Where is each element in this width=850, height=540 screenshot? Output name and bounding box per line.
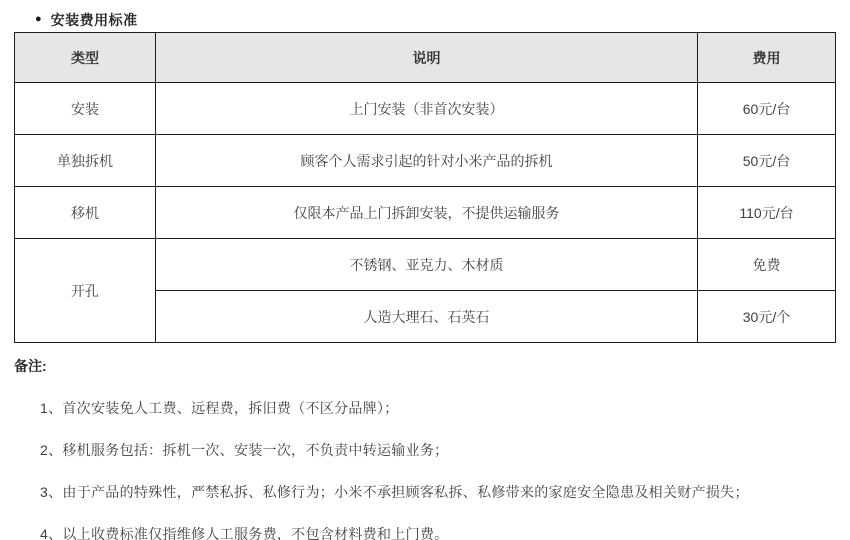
notes-section: 备注: 1、首次安装免人工费、远程费，拆旧费（不区分品牌）； 2、移机服务包括：… — [14, 356, 850, 540]
cell-fee: 50元/台 — [698, 135, 836, 187]
table-row: 单独拆机 顾客个人需求引起的针对小米产品的拆机 50元/台 — [15, 135, 836, 187]
cell-description: 人造大理石、石英石 — [156, 291, 698, 343]
cell-description: 上门安装（非首次安装） — [156, 83, 698, 135]
cell-fee: 110元/台 — [698, 187, 836, 239]
cell-type: 开孔 — [15, 239, 156, 343]
table-row: 开孔 不锈钢、亚克力、木材质 免费 — [15, 239, 836, 291]
header-description: 说明 — [156, 33, 698, 83]
table-header-row: 类型 说明 费用 — [15, 33, 836, 83]
note-item: 1、首次安装免人工费、远程费，拆旧费（不区分品牌）； — [40, 398, 850, 418]
cell-description: 不锈钢、亚克力、木材质 — [156, 239, 698, 291]
page: ● 安装费用标准 类型 说明 费用 安装 上门安装（非首次安装） 60元/台 单… — [0, 0, 850, 540]
cell-fee: 60元/台 — [698, 83, 836, 135]
notes-heading: 备注: — [14, 356, 850, 376]
table-row: 移机 仅限本产品上门拆卸安装，不提供运输服务 110元/台 — [15, 187, 836, 239]
cell-type: 安装 — [15, 83, 156, 135]
note-item: 4、以上收费标准仅指维修人工服务费，不包含材料费和上门费。 — [40, 524, 850, 540]
cell-description: 顾客个人需求引起的针对小米产品的拆机 — [156, 135, 698, 187]
header-type: 类型 — [15, 33, 156, 83]
section-title: ● 安装费用标准 — [0, 0, 850, 30]
cell-fee: 免费 — [698, 239, 836, 291]
note-item: 2、移机服务包括：拆机一次、安装一次，不负责中转运输业务； — [40, 440, 850, 460]
note-item: 3、由于产品的特殊性，严禁私拆、私修行为；小米不承担顾客私拆、私修带来的家庭安全… — [40, 482, 850, 502]
header-fee: 费用 — [698, 33, 836, 83]
cell-fee: 30元/个 — [698, 291, 836, 343]
cell-type: 移机 — [15, 187, 156, 239]
cell-type: 单独拆机 — [15, 135, 156, 187]
table-row: 安装 上门安装（非首次安装） 60元/台 — [15, 83, 836, 135]
fee-table: 类型 说明 费用 安装 上门安装（非首次安装） 60元/台 单独拆机 顾客个人需… — [14, 32, 836, 343]
cell-description: 仅限本产品上门拆卸安装，不提供运输服务 — [156, 187, 698, 239]
bullet-icon: ● — [35, 14, 42, 25]
section-title-text: 安装费用标准 — [51, 10, 138, 30]
